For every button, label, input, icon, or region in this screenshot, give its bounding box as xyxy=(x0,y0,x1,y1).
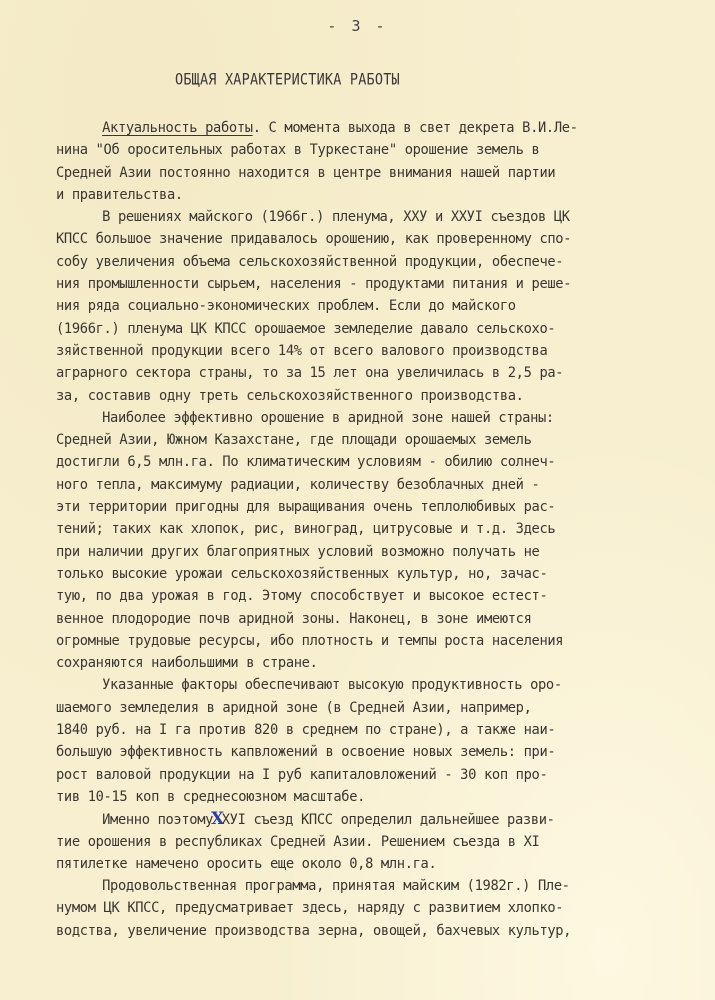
text-line: рост валовой продукции на I руб капитало… xyxy=(56,764,684,786)
text-line: ного тепла, максимуму радиации, количест… xyxy=(56,474,684,496)
text-line: и правительства. xyxy=(56,184,684,206)
text-line: Наиболее эффективно орошение в аридной з… xyxy=(56,407,684,429)
text-line: нумом ЦК КПСС, предусматривает здесь, на… xyxy=(56,897,684,919)
paragraph-congress: Именно поэтомуХХУI съезд КПСС определил … xyxy=(56,808,696,875)
text-line: В решениях майского (1966г.) пленума, ХХ… xyxy=(56,206,684,228)
text-line: водства, увеличение производства зерна, … xyxy=(56,920,684,942)
text-line: достигли 6,5 млн.га. По климатическим ус… xyxy=(56,451,684,473)
text-line: ния промышленности сырьем, населения - п… xyxy=(56,273,684,295)
text-span: . С момента выхода в свет декрета В.И.Ле… xyxy=(253,120,578,136)
text-line: собу увеличения объема сельскохозяйствен… xyxy=(56,251,684,273)
text-line: Средней Азии, Южном Казахстане, где площ… xyxy=(56,429,684,451)
text-line: эти территории пригодны для выращивания … xyxy=(56,496,684,518)
text-line: большую эффективность капвложений в осво… xyxy=(56,741,684,763)
text-span: Именно поэтому xyxy=(102,812,213,828)
relevance-heading: Актуальность работы xyxy=(102,120,253,136)
text-line: при наличии других благоприятных условий… xyxy=(56,541,684,563)
text-line: шаемого земледелия в аридной зоне (в Сре… xyxy=(56,697,684,719)
paragraph-arid-zone: Наиболее эффективно орошение в аридной з… xyxy=(56,407,696,675)
paragraph-food-program: Продовольственная программа, принятая ма… xyxy=(56,875,696,942)
text-line: Средней Азии постоянно находится в центр… xyxy=(56,162,684,184)
text-line: венное плодородие почв аридной зоны. Нак… xyxy=(56,608,684,630)
text-line: Продовольственная программа, принятая ма… xyxy=(56,875,684,897)
document-body: Актуальность работы. С момента выхода в … xyxy=(56,117,696,942)
text-line: только высокие урожаи сельскохозяйственн… xyxy=(56,563,684,585)
text-line: тие орошения в республиках Средней Азии.… xyxy=(56,831,684,853)
text-line: (1966г.) пленума ЦК КПСС орошаемое земле… xyxy=(56,318,684,340)
paragraph-plenum-decisions: В решениях майского (1966г.) пленума, ХХ… xyxy=(56,206,696,407)
text-span: ХУI съезд КПСС определил дальнейшее разв… xyxy=(222,812,555,828)
text-line: 1840 руб. на I га против 820 в среднем п… xyxy=(56,719,684,741)
text-line: тив 10-15 коп в среднесоюзном масштабе. xyxy=(56,786,684,808)
text-line: огромные трудовые ресурсы, ибо плотность… xyxy=(56,630,684,652)
text-line: зяйственной продукции всего 14% от всего… xyxy=(56,340,684,362)
text-line: КПСС большое значение придавалось орошен… xyxy=(56,228,684,250)
text-line: тую, по два урожая в год. Этому способст… xyxy=(56,585,684,607)
paragraph-relevance: Актуальность работы. С момента выхода в … xyxy=(56,117,696,206)
text-line: Актуальность работы. С момента выхода в … xyxy=(56,117,684,139)
paragraph-productivity: Указанные факторы обеспечивают высокую п… xyxy=(56,674,696,808)
page-number: - 3 - xyxy=(0,17,715,35)
text-line: Именно поэтомуХХУI съезд КПСС определил … xyxy=(56,808,684,830)
text-line: тений; таких как хлопок, рис, виноград, … xyxy=(56,518,684,540)
section-title: ОБЩАЯ ХАРАКТЕРИСТИКА РАБОТЫ xyxy=(175,71,400,89)
text-line: за, составив одну треть сельскохозяйстве… xyxy=(56,385,684,407)
text-line: пятилетке намечено оросить еще около 0,8… xyxy=(56,853,684,875)
text-line: Указанные факторы обеспечивают высокую п… xyxy=(56,674,684,696)
text-line: аграрного сектора страны, то за 15 лет о… xyxy=(56,362,684,384)
text-line: нина "Об оросительных работах в Туркеста… xyxy=(56,139,684,161)
text-line: сохраняются наибольшими в стране. xyxy=(56,652,684,674)
text-line: ния ряда социально-экономических проблем… xyxy=(56,295,684,317)
